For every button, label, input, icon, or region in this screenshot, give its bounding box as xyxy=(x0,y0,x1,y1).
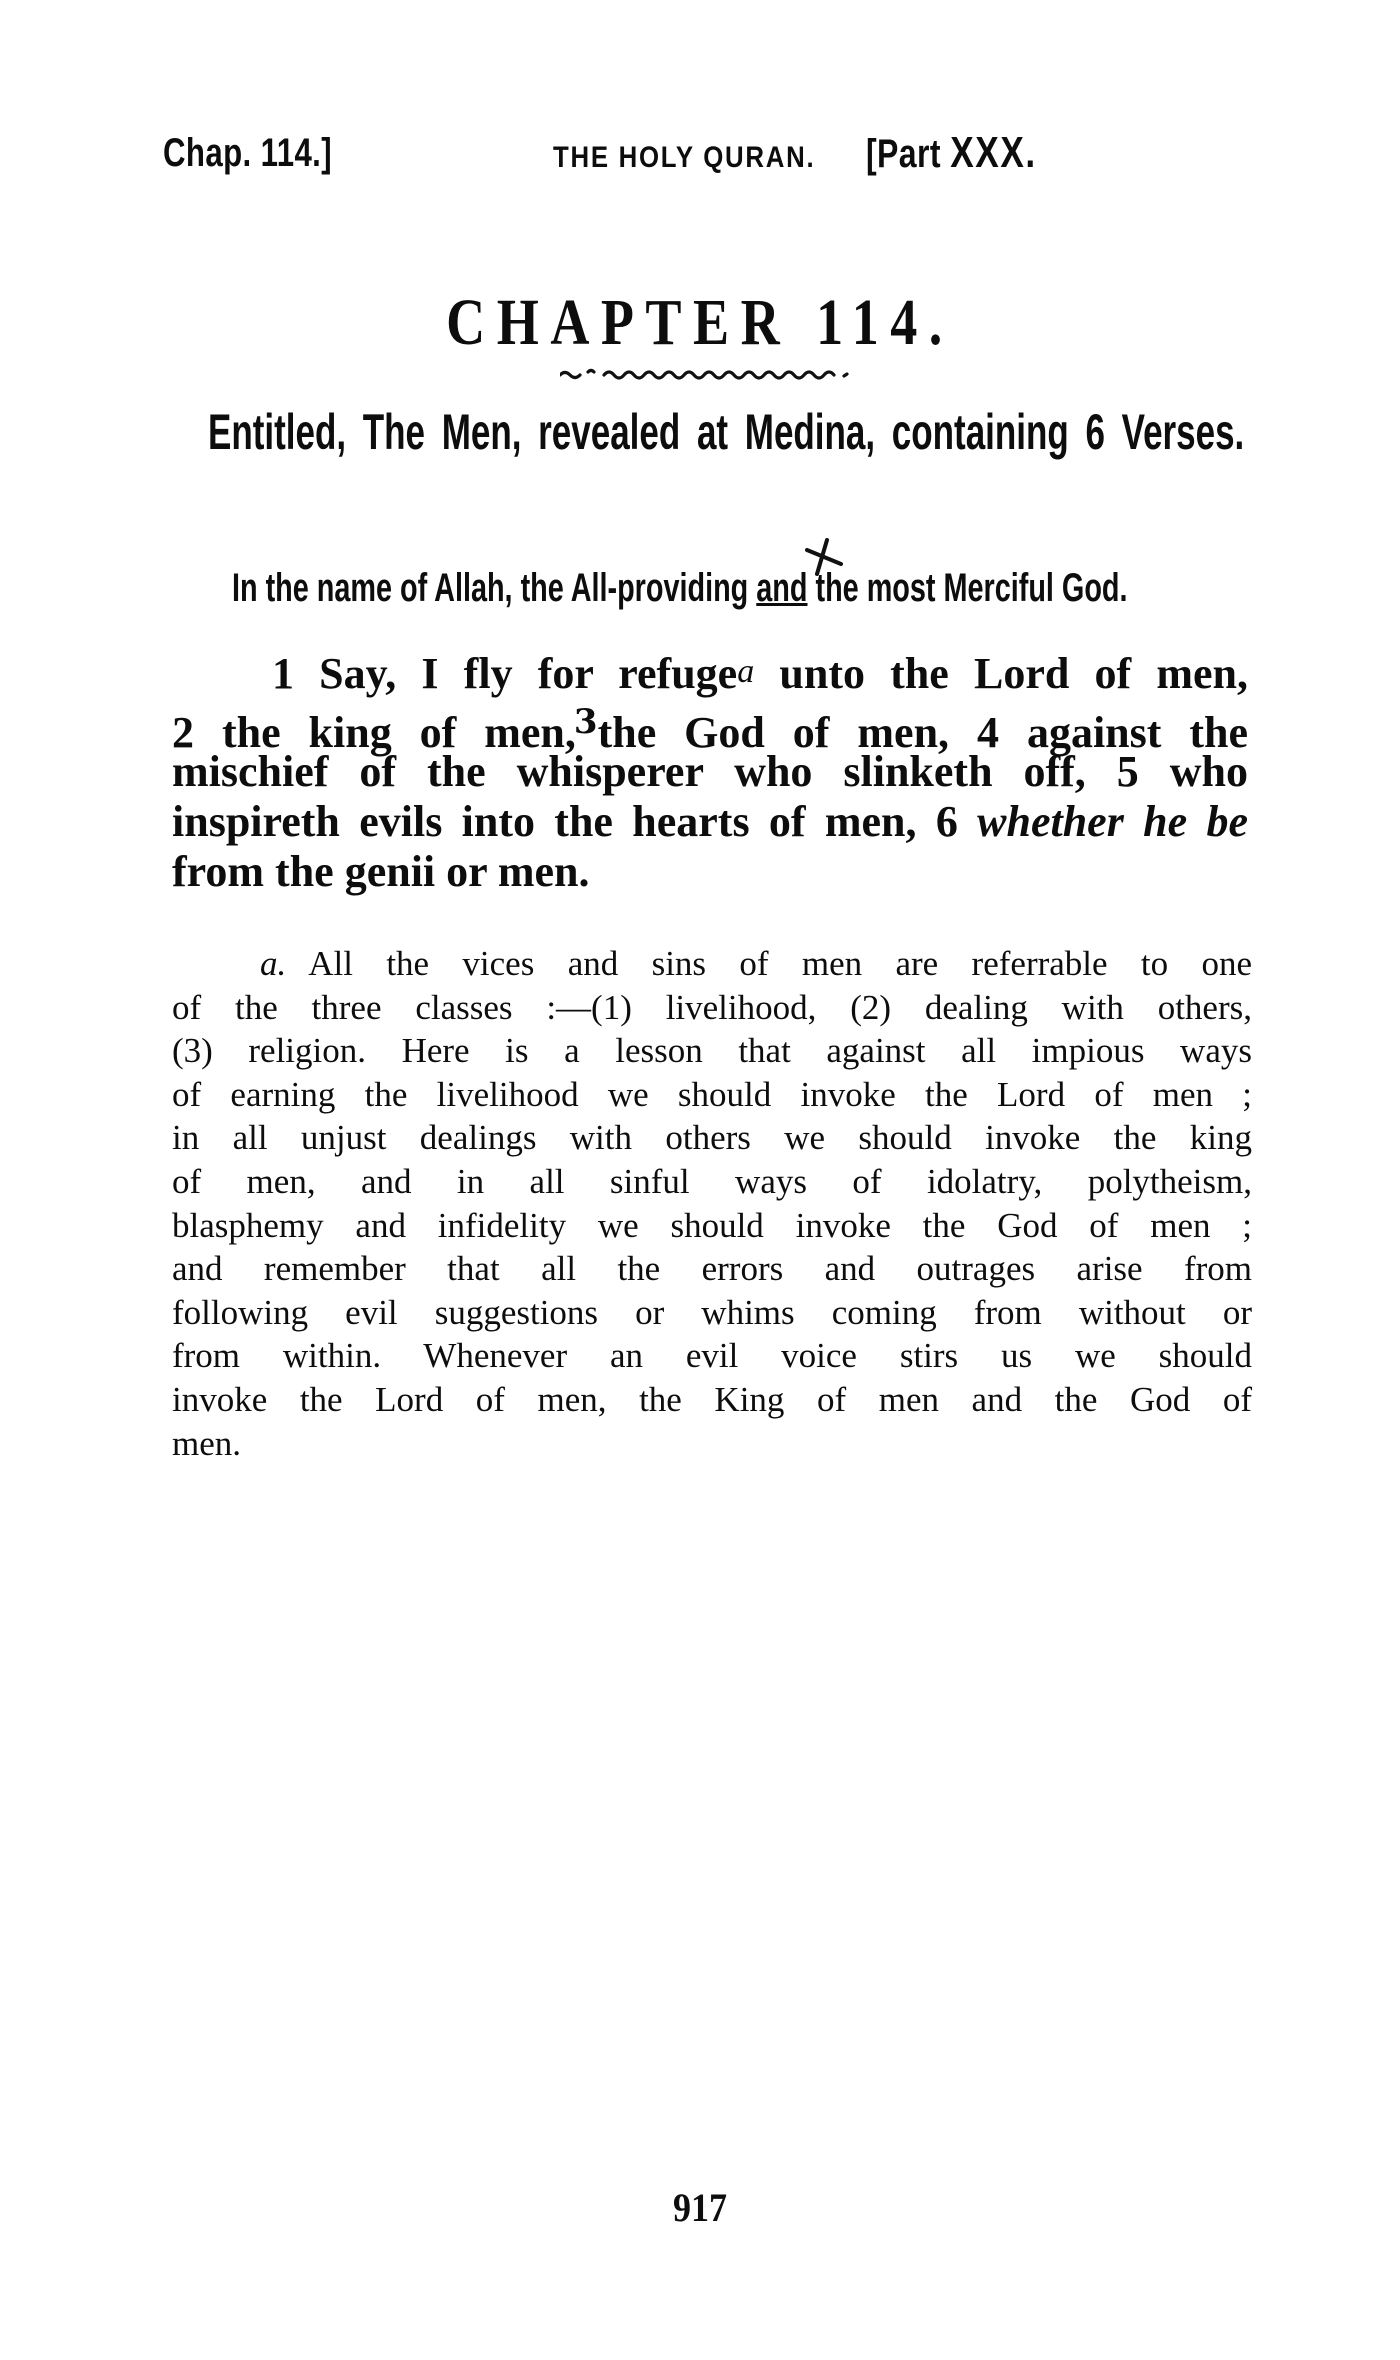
verse-number: 5 xyxy=(1117,747,1139,796)
footnote-line: (3) religion. Here is a lesson that agai… xyxy=(172,1029,1252,1073)
verse-text: mischief of the whisperer who slinketh o… xyxy=(172,747,1117,796)
verse-line: inspireth evils into the hearts of men, … xyxy=(172,797,1248,847)
footnote-line: of the three classes :—(1) livelihood, (… xyxy=(172,986,1252,1030)
verse-text: Say, I fly for refuge xyxy=(294,649,737,698)
verse-line: from the genii or men. xyxy=(172,847,1248,897)
footnote-line: invoke the Lord of men, the King of men … xyxy=(172,1378,1252,1422)
footnote-text: All the vices and sins of men are referr… xyxy=(308,944,1252,983)
invocation-part-1: In the name of Allah, the All-providing xyxy=(232,566,756,610)
footnote-line: and remember that all the errors and out… xyxy=(172,1247,1252,1291)
invocation-part-2: the most Merciful God. xyxy=(807,566,1127,610)
running-header-chapter: Chap. 114.] xyxy=(163,128,332,178)
page-number-text: 917 xyxy=(673,2186,727,2230)
invocation-line: In the name of Allah, the All-providing … xyxy=(232,563,1178,613)
handwritten-verse-number: 3 xyxy=(574,702,598,742)
footnote-marker-link[interactable]: a xyxy=(737,653,754,690)
part-prefix: [Part xyxy=(866,132,950,176)
chapter-subtitle: Entitled, The Men, revealed at Medina, c… xyxy=(208,402,1197,462)
footnote-line: following evil suggestions or whims comi… xyxy=(172,1291,1252,1335)
footnote-line: from within. Whenever an evil voice stir… xyxy=(172,1334,1252,1378)
chapter-subtitle-text: Entitled, The Men, revealed at Medina, c… xyxy=(208,402,1244,462)
part-number: XXX. xyxy=(950,128,1037,177)
footnote-line: of earning the livelihood we should invo… xyxy=(172,1073,1252,1117)
running-header-part: [Part XXX. xyxy=(866,128,1037,178)
running-header-title: THE HOLY QURAN. xyxy=(553,133,815,183)
verse-number: 1 xyxy=(272,649,294,698)
verse-text: from the genii or men. xyxy=(172,847,590,896)
verse-line: 2 the king of men,3the God of men, 4 aga… xyxy=(172,697,1248,747)
chapter-title: CHAPTER 114. xyxy=(126,288,1274,358)
footnote-block: a.All the vices and sins of men are refe… xyxy=(172,942,1252,1465)
footnote-line: in all unjust dealings with others we sh… xyxy=(172,1116,1252,1160)
footnote-line: blasphemy and infidelity we should invok… xyxy=(172,1204,1252,1248)
footnote-line: a.All the vices and sins of men are refe… xyxy=(172,942,1252,986)
verse-line: mischief of the whisperer who slinketh o… xyxy=(172,747,1248,797)
verse-number: 6 xyxy=(936,797,958,846)
invocation-text: In the name of Allah, the All-providing … xyxy=(232,563,1128,613)
footnote-label: a. xyxy=(260,944,286,983)
footnote-line: of men, and in all sinful ways of idolat… xyxy=(172,1160,1252,1204)
verse-text: inspireth evils into the hearts of men, xyxy=(172,797,936,846)
verse-text: unto the Lord of men, xyxy=(754,649,1248,698)
page-number: 917 xyxy=(0,2186,1400,2230)
footnote-line: men. xyxy=(172,1422,1252,1466)
verse-block: 1 Say, I fly for refugea unto the Lord o… xyxy=(172,647,1248,897)
book-page: Chap. 114.] THE HOLY QURAN. [Part XXX. C… xyxy=(0,0,1400,2360)
underlined-word: and xyxy=(756,566,807,610)
verse-line: 1 Say, I fly for refugea unto the Lord o… xyxy=(172,647,1248,697)
verse-italic-text: whether he be xyxy=(958,797,1248,846)
wavy-rule-ornament xyxy=(560,366,850,382)
verse-text: who xyxy=(1139,747,1248,796)
